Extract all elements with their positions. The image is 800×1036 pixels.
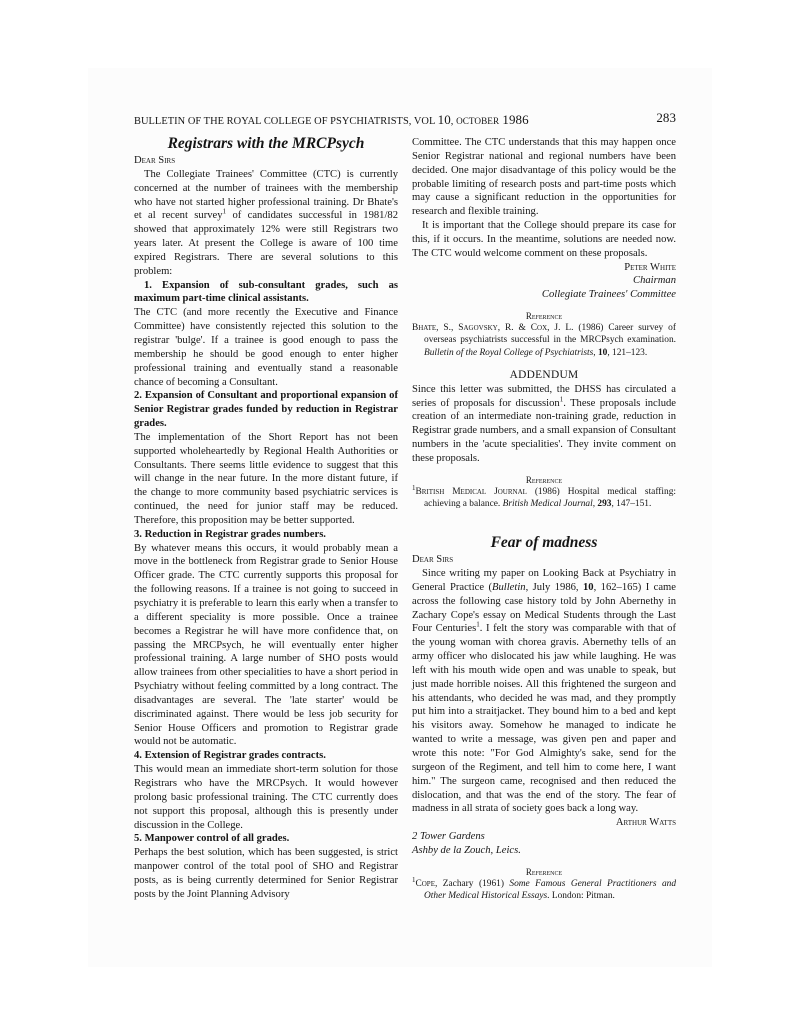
salutation: Dear Sirs	[412, 553, 676, 567]
letter-body: Since writing my paper on Looking Back a…	[412, 567, 676, 816]
body-text: . I felt the story was comparable with t…	[412, 623, 676, 814]
salutation: Dear Sirs	[134, 154, 398, 168]
issue-year: 1986	[499, 112, 529, 127]
page-number: 283	[656, 110, 676, 126]
solution-body-2: The implementation of the Short Report h…	[134, 431, 398, 528]
signature-organisation: Collegiate Trainees' Committee	[412, 288, 676, 302]
reference-heading: Reference	[412, 866, 676, 878]
reference-text: , Zachary (1961)	[435, 879, 509, 889]
reference-authors: Bhate, S., Sagovsky, R. & Cox, J. L.	[412, 323, 573, 333]
addendum-paragraph: Since this letter was submitted, the DHS…	[412, 383, 676, 466]
running-head: BULLETIN OF THE ROYAL COLLEGE OF PSYCHIA…	[134, 110, 676, 126]
reference-entry: 1British Medical Journal (1986) Hospital…	[412, 486, 676, 510]
reference-entry: Bhate, S., Sagovsky, R. & Cox, J. L. (19…	[412, 322, 676, 359]
reference-heading: Reference	[412, 310, 676, 322]
journal-title: BULLETIN OF THE ROYAL COLLEGE OF PSYCHIA…	[134, 112, 529, 128]
reference-volume: 293	[597, 499, 611, 509]
volume-number: 10	[438, 112, 451, 127]
addendum-heading: ADDENDUM	[412, 368, 676, 383]
reference-heading: Reference	[412, 474, 676, 486]
closing-paragraph: It is important that the College should …	[412, 219, 676, 261]
solution-body-1: The CTC (and more recently the Executive…	[134, 306, 398, 389]
journal-name: Bulletin	[492, 582, 526, 593]
reference-journal: Bulletin of the Royal College of Psychia…	[424, 348, 593, 358]
solution-heading-1: 1. Expansion of sub-consultant grades, s…	[134, 279, 398, 307]
reference-journal: British Medical Journal	[503, 499, 593, 509]
reference-source: British Medical Journal	[416, 487, 527, 497]
reference-pages: , 121–123.	[607, 348, 647, 358]
letter-title: Fear of madness	[412, 534, 676, 552]
solution-heading-5: 5. Manpower control of all grades.	[134, 832, 398, 846]
address-line-1: 2 Tower Gardens	[412, 830, 676, 844]
left-column: Registrars with the MRCPsych Dear Sirs T…	[134, 135, 398, 902]
solution-body-5: Perhaps the best solution, which has bee…	[134, 846, 398, 901]
section-spacer	[412, 510, 676, 534]
solution-body-4: This would mean an immediate short-term …	[134, 763, 398, 832]
journal-name: BULLETIN OF THE ROYAL COLLEGE OF PSYCHIA…	[134, 116, 438, 127]
reference-volume: 10	[598, 348, 607, 358]
address-line-2: Ashby de la Zouch, Leics.	[412, 844, 676, 858]
reference-entry: 1Cope, Zachary (1961) Some Famous Genera…	[412, 878, 676, 902]
reference-author: Cope	[416, 879, 435, 889]
solution-body-3: By whatever means this occurs, it would …	[134, 542, 398, 750]
intro-paragraph: The Collegiate Trainees' Committee (CTC)…	[134, 168, 398, 279]
body-text: , July 1986,	[526, 582, 583, 593]
solution-heading-2: 2. Expansion of Consultant and proportio…	[134, 389, 398, 431]
signature-name: Peter White	[412, 261, 676, 275]
reference-publisher: . London: Pitman.	[547, 891, 615, 901]
solution-heading-4: 4. Extension of Registrar grades contrac…	[134, 749, 398, 763]
volume-number: 10	[583, 582, 594, 593]
signature-role: Chairman	[412, 274, 676, 288]
signature-name: Arthur Watts	[412, 816, 676, 830]
continuation-paragraph: Committee. The CTC understands that this…	[412, 136, 676, 219]
letter-title: Registrars with the MRCPsych	[134, 135, 398, 153]
solution-heading-3: 3. Reduction in Registrar grades numbers…	[134, 528, 398, 542]
right-column: Committee. The CTC understands that this…	[412, 136, 676, 902]
issue-month: OCTOBER	[456, 116, 499, 126]
reference-pages: , 147–151.	[611, 499, 651, 509]
